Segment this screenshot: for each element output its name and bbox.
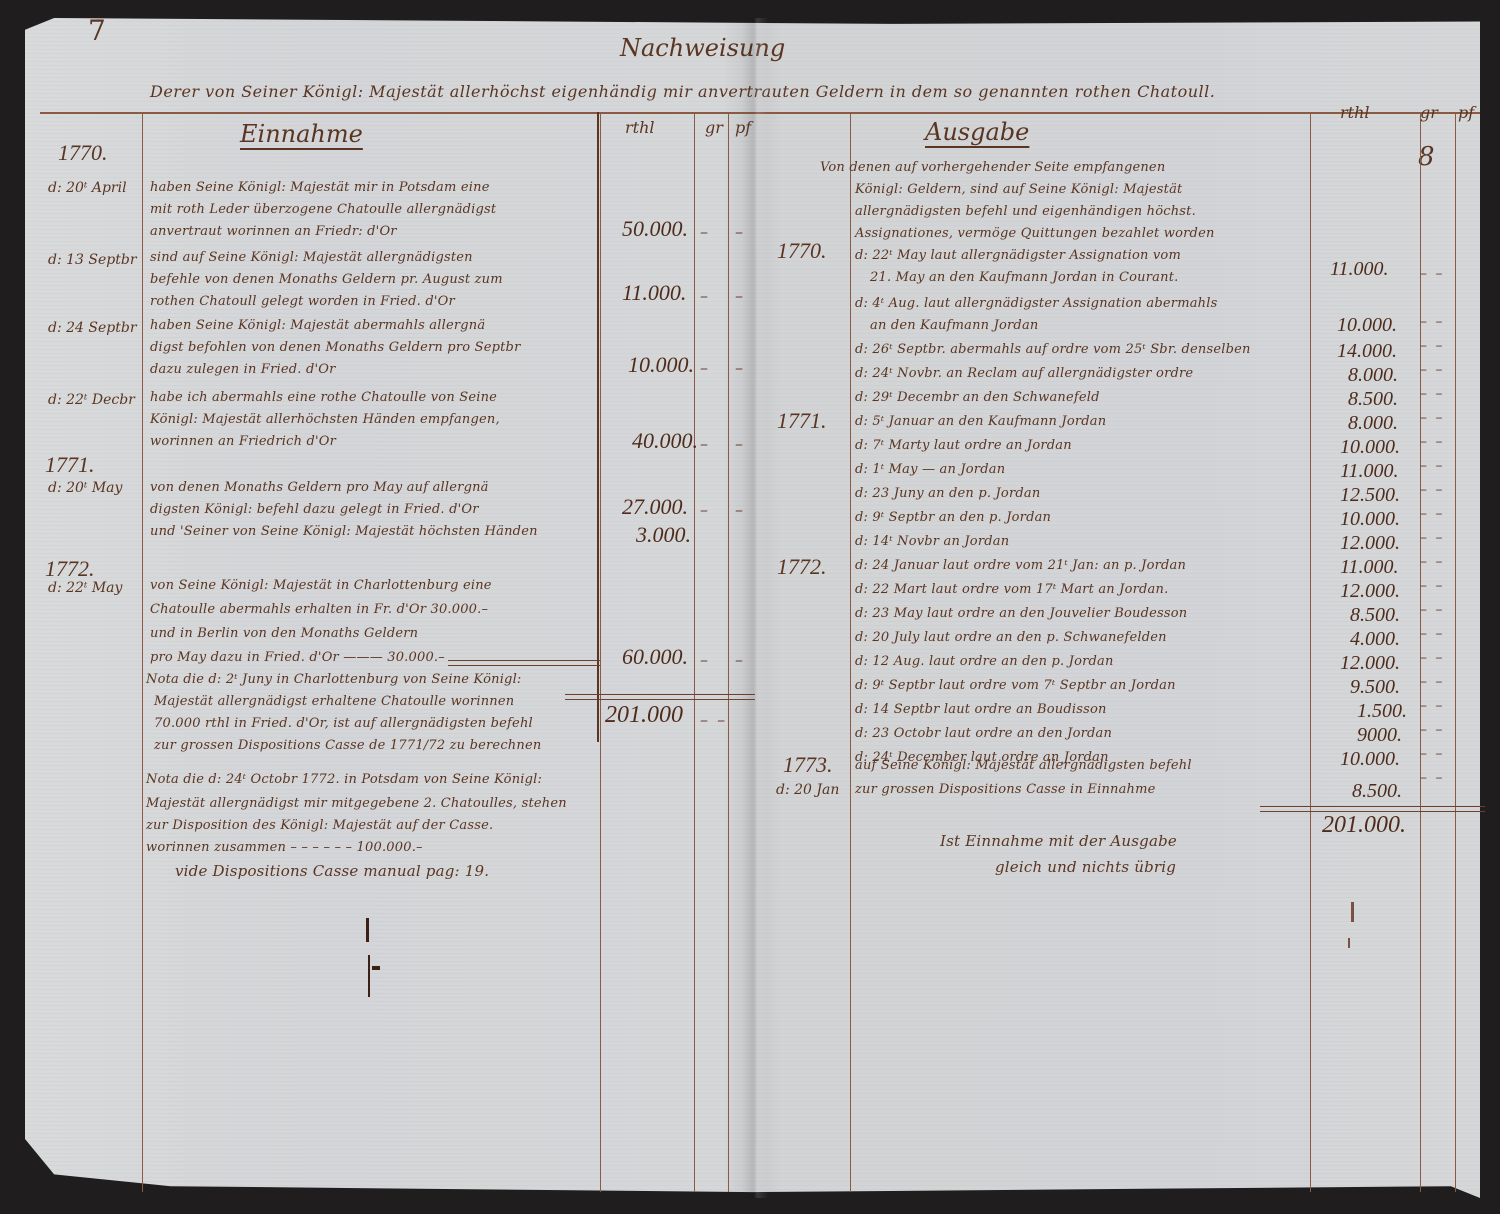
left-gr-header: gr	[705, 118, 723, 137]
entry-text-line: haben Seine Königl: Majestät abermahls a…	[150, 318, 485, 333]
entry-date: d: 24 Septbr	[48, 320, 137, 336]
note-line: worinnen zusammen – – – – – – 100.000.–	[146, 840, 423, 855]
entry-pf: –	[735, 650, 745, 669]
entry-text-line: d: 29ᵗ Decembr an den Schwanefeld	[855, 390, 1100, 405]
entry-text-line: dazu zulegen in Fried. d'Or	[150, 362, 336, 377]
einnahme-heading: Einnahme	[240, 120, 363, 148]
total-rule	[565, 694, 755, 700]
entry-text-line: befehle von denen Monaths Geldern pr. Au…	[150, 272, 503, 287]
entry-amount: 11.000.	[1340, 556, 1399, 579]
entry-text-line: d: 23 Octobr laut ordre an den Jordan	[855, 726, 1112, 741]
entry-text-line: haben Seine Königl: Majestät mir in Pots…	[150, 180, 490, 195]
entry-gr: –	[700, 650, 710, 669]
entry-amount: 14.000.	[1337, 340, 1397, 363]
entry-text-line: auf Seine Königl: Majestät allergnädigst…	[855, 758, 1192, 773]
entry-amount: 50.000.	[622, 216, 688, 242]
entry-amount: 60.000.	[622, 644, 688, 670]
right-text-rule	[1310, 112, 1311, 1192]
entry-text-line: Königl: Majestät allerhöchsten Händen em…	[150, 412, 500, 427]
right-pf-header: pf	[1458, 103, 1474, 122]
entry-text-line: d: 22ᵗ May laut allergnädigster Assignat…	[855, 248, 1181, 263]
entry-text-line: von denen Monaths Geldern pro May auf al…	[150, 480, 489, 495]
entry-gr: –	[700, 286, 710, 305]
ausgabe-heading: Ausgabe	[925, 118, 1029, 146]
note-line: Majestät allergnädigst erhaltene Chatoul…	[154, 694, 514, 709]
entry-text-line: d: 23 May laut ordre an den Jouvelier Bo…	[855, 606, 1187, 621]
entry-pf: –	[735, 500, 745, 519]
note-line: Nota die d: 24ᵗ Octobr 1772. in Potsdam …	[146, 772, 542, 787]
entry-amount: 12.000.	[1340, 532, 1400, 555]
entry-year: 1772.	[777, 554, 827, 580]
entry-amount: 8.000.	[1348, 412, 1398, 435]
entry-text-line: d: 14ᵗ Novbr an Jordan	[855, 534, 1009, 549]
left-pf-header: pf	[735, 118, 751, 137]
total-gr: – –	[700, 710, 727, 729]
entry-year: 1770.	[58, 140, 108, 166]
entry-text-line: von Seine Königl: Majestät in Charlotten…	[150, 578, 492, 593]
right-thaler-header: rthl	[1340, 103, 1370, 122]
entry-text-line: d: 9ᵗ Septbr laut ordre vom 7ᵗ Septbr an…	[855, 678, 1176, 693]
entry-date: d: 20ᵗ April	[48, 180, 127, 196]
entry-gr: –	[700, 434, 710, 453]
entry-text-line: digst befohlen von denen Monaths Geldern…	[150, 340, 520, 355]
entry-text-line: d: 24ᵗ Novbr. an Reclam auf allergnädigs…	[855, 366, 1193, 381]
entry-amount: 4.000.	[1350, 628, 1400, 651]
left-date-rule	[142, 112, 143, 1192]
entry-text-line: d: 26ᵗ Septbr. abermahls auf ordre vom 2…	[855, 342, 1251, 357]
entry-amount: 12.000.	[1340, 580, 1400, 603]
entry-text-line: an den Kaufmann Jordan	[870, 318, 1038, 333]
entry-amount: 9000.	[1357, 724, 1402, 747]
entry-amount: 10.000.	[1340, 436, 1400, 459]
entry-amount: 8.000.	[1348, 364, 1398, 387]
entry-date: d: 22ᵗ Decbr	[48, 392, 135, 408]
entry-amount: 12.500.	[1340, 484, 1400, 507]
entry-gr: –	[700, 500, 710, 519]
note-line: Majestät allergnädigst mir mitgegebene 2…	[146, 796, 567, 811]
ink-mark	[1348, 938, 1350, 948]
ausgabe-intro-line: Von denen auf vorhergehender Seite empfa…	[820, 160, 1165, 175]
entry-text-line: d: 7ᵗ Marty laut ordre an Jordan	[855, 438, 1072, 453]
entry-year: 1773.	[783, 752, 833, 778]
entry-text-line: d: 1ᵗ May — an Jordan	[855, 462, 1005, 477]
page-fold	[742, 18, 768, 1198]
note-line: zur grossen Dispositions Casse de 1771/7…	[154, 738, 541, 753]
entry-amount: 11.000.	[1330, 258, 1389, 281]
right-gr-pf-dashes: – – – – – – – – – – – – – – – – – – – – …	[1420, 262, 1444, 790]
entry-amount: 10.000.	[628, 352, 694, 378]
ink-mark	[366, 918, 369, 942]
ausgabe-intro-line: Assignationes, vermöge Quittungen bezahl…	[855, 226, 1215, 241]
entry-amount: 40.000.	[632, 428, 698, 454]
entry-text-line: 21. May an den Kaufmann Jordan in Couran…	[870, 270, 1178, 285]
entry-text-line: digsten Königl: befehl dazu gelegt in Fr…	[150, 502, 479, 517]
entry-text-line: d: 23 Juny an den p. Jordan	[855, 486, 1040, 501]
entry-amount: 27.000.	[622, 494, 688, 520]
closing-line: Ist Einnahme mit der Ausgabe	[940, 832, 1177, 850]
right-gr-header: gr	[1420, 103, 1438, 122]
left-amount-rule	[597, 112, 599, 742]
entry-text-line: und 'Seiner von Seine Königl: Majestät h…	[150, 524, 538, 539]
entry-amount: 9.500.	[1350, 676, 1400, 699]
left-text-rule	[600, 112, 601, 1192]
entry-gr: –	[700, 222, 710, 241]
entry-text-line: d: 5ᵗ Januar an den Kaufmann Jordan	[855, 414, 1106, 429]
entry-amount: 8.500.	[1348, 388, 1398, 411]
entry-amount: 11.000.	[1340, 460, 1399, 483]
entry-date: d: 22ᵗ May	[48, 580, 122, 596]
entry-text-line: d: 24 Januar laut ordre vom 21ᵗ Jan: an …	[855, 558, 1186, 573]
ink-mark	[372, 966, 380, 970]
entry-text-line: Chatoulle abermahls erhalten in Fr. d'Or…	[150, 602, 488, 617]
left-thaler-header: rthl	[625, 118, 655, 137]
closing-line: gleich und nichts übrig	[995, 858, 1176, 876]
right-pf-rule	[1455, 112, 1456, 1192]
entry-text-line: worinnen an Friedrich d'Or	[150, 434, 336, 449]
entry-year: 1770.	[777, 238, 827, 264]
left-gr-rule	[694, 112, 695, 1192]
note-line: vide Dispositions Casse manual pag: 19.	[175, 862, 489, 880]
right-date-rule	[850, 112, 851, 1192]
ink-mark	[1351, 902, 1354, 922]
entry-amount: 8.500.	[1352, 780, 1402, 803]
entry-text-line: mit roth Leder überzogene Chatoulle alle…	[150, 202, 496, 217]
entry-text-line: pro May dazu in Fried. d'Or ——— 30.000.–	[150, 650, 445, 665]
entry-pf: –	[735, 358, 745, 377]
entry-date: d: 20ᵗ May	[48, 480, 122, 496]
entry-year: 1771.	[777, 408, 827, 434]
ink-mark	[368, 955, 370, 997]
note-line: zur Disposition des Königl: Majestät auf…	[146, 818, 493, 833]
left-pf-rule	[728, 112, 729, 1192]
entry-text-line: d: 4ᵗ Aug. laut allergnädigster Assignat…	[855, 296, 1218, 311]
note-line: 70.000 rthl in Fried. d'Or, ist auf alle…	[154, 716, 533, 731]
entry-text-line: sind auf Seine Königl: Majestät allergnä…	[150, 250, 473, 265]
document-subtitle: Derer von Seiner Königl: Majestät allerh…	[150, 82, 1215, 101]
entry-text-line: anvertraut worinnen an Friedr: d'Or	[150, 224, 397, 239]
page-number: 7	[88, 14, 106, 47]
entry-text-line: d: 9ᵗ Septbr an den p. Jordan	[855, 510, 1051, 525]
entry-amount: 10.000.	[1340, 508, 1400, 531]
entry-date: d: 20 Jan	[776, 782, 839, 798]
entry-year: 1771.	[45, 452, 95, 478]
entry-amount: 11.000.	[622, 280, 686, 306]
entry-amount: 12.000.	[1340, 652, 1400, 675]
einnahme-total: 201.000	[605, 702, 683, 729]
entry-pf: –	[735, 434, 745, 453]
entry-pf: –	[735, 286, 745, 305]
entry-text-line: habe ich abermahls eine rothe Chatoulle …	[150, 390, 497, 405]
entry-amount: 10.000.	[1340, 748, 1400, 771]
entry-gr: –	[700, 358, 710, 377]
ausgabe-intro-line: Königl: Geldern, sind auf Seine Königl: …	[855, 182, 1182, 197]
entry-amount: 8.500.	[1350, 604, 1400, 627]
entry-amount: 10.000.	[1337, 314, 1397, 337]
ausgabe-total: 201.000.	[1322, 812, 1406, 839]
entry-date: d: 13 Septbr	[48, 252, 137, 268]
entry-text-line: und in Berlin von den Monaths Geldern	[150, 626, 418, 641]
note-line: Nota die d: 2ᵗ Juny in Charlottenburg vo…	[146, 672, 522, 687]
entry-amount: 1.500.	[1357, 700, 1407, 723]
entry-text-line: d: 14 Septbr laut ordre an Boudisson	[855, 702, 1107, 717]
entry-text-line: d: 12 Aug. laut ordre an den p. Jordan	[855, 654, 1114, 669]
entry-text-line: d: 22 Mart laut ordre vom 17ᵗ Mart an Jo…	[855, 582, 1168, 597]
entry-amount-secondary: 3.000.	[636, 522, 691, 548]
entry-year: 1772.	[45, 556, 95, 582]
entry-text-line: d: 20 July laut ordre an den p. Schwanef…	[855, 630, 1167, 645]
ausgabe-intro-line: allergnädigsten befehl und eigenhändigen…	[855, 204, 1196, 219]
entry-text-line: zur grossen Dispositions Casse in Einnah…	[855, 782, 1156, 797]
entry-pf: –	[735, 222, 745, 241]
subtotal-rule	[448, 660, 600, 666]
entry-text-line: rothen Chatoull gelegt worden in Fried. …	[150, 294, 455, 309]
